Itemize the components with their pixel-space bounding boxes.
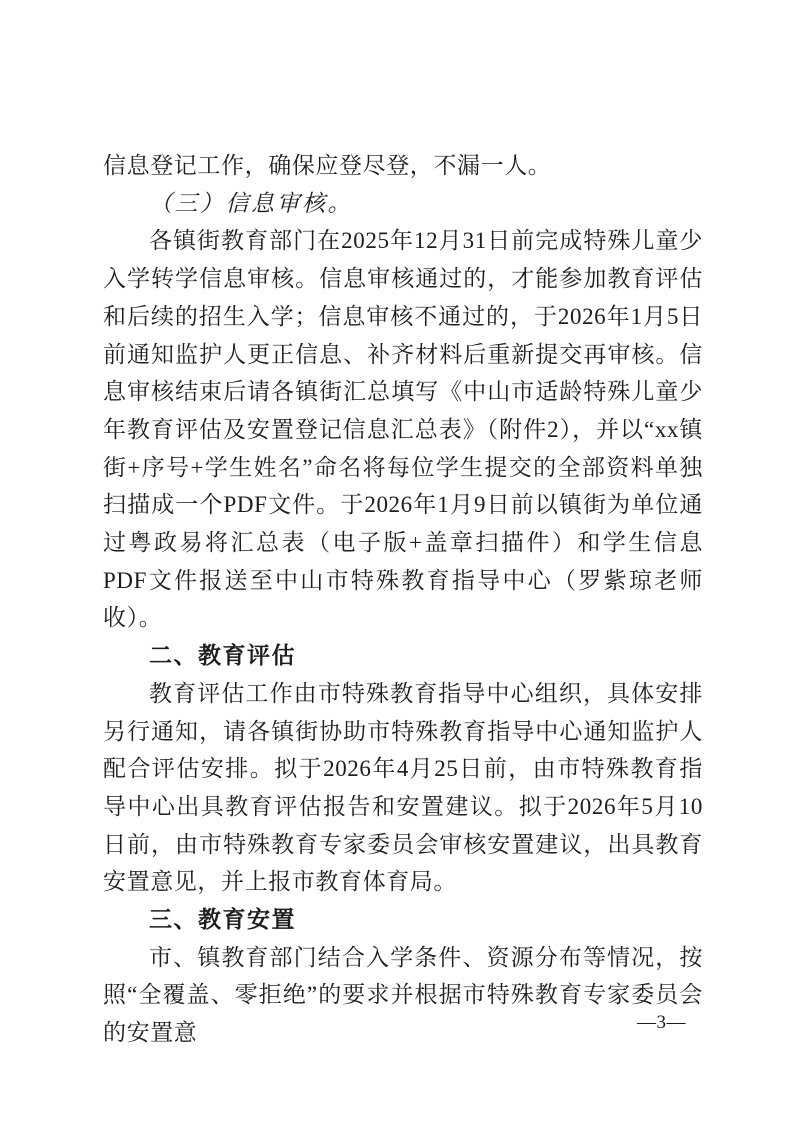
paragraph-info-review-body: 各镇街教育部门在2025年12月31日前完成特殊儿童少入学转学信息审核。信息审核…: [103, 222, 703, 637]
document-body: 信息登记工作，确保应登尽登，不漏一人。 （三）信息审核。 各镇街教育部门在202…: [103, 147, 703, 1052]
paragraph-education-placement-body: 市、镇教育部门结合入学条件、资源分布等情况，按照“全覆盖、零拒绝”的要求并根据市…: [103, 939, 703, 1052]
page-number: —3—: [637, 1012, 686, 1034]
paragraph-continuation: 信息登记工作，确保应登尽登，不漏一人。: [103, 147, 703, 185]
subsection-heading-info-review: （三）信息审核。: [103, 185, 703, 223]
section-heading-education-assessment: 二、教育评估: [103, 637, 703, 675]
paragraph-education-assessment-body: 教育评估工作由市特殊教育指导中心组织，具体安排另行通知，请各镇街协助市特殊教育指…: [103, 675, 703, 901]
section-heading-education-placement: 三、教育安置: [103, 901, 703, 939]
document-page: 信息登记工作，确保应登尽登，不漏一人。 （三）信息审核。 各镇街教育部门在202…: [0, 0, 800, 1131]
